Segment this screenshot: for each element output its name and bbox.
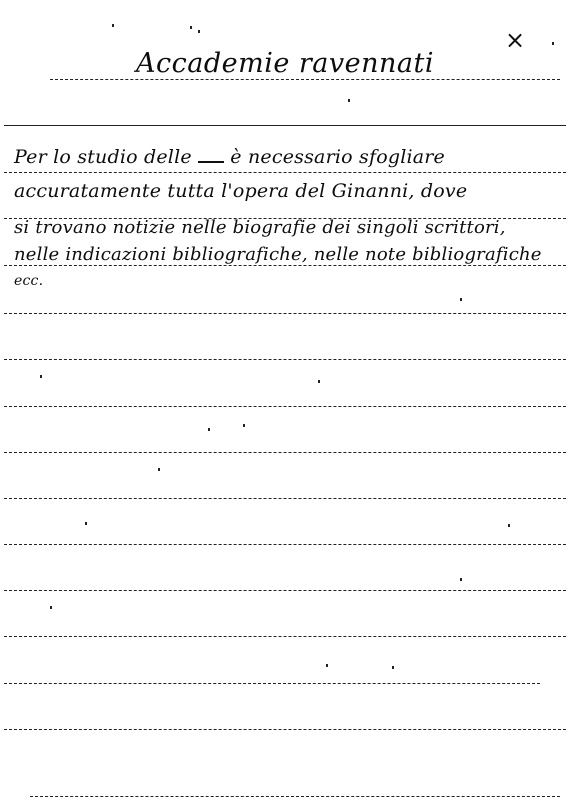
ruled-line — [4, 359, 566, 360]
scan-speck — [243, 424, 245, 427]
scan-speck — [326, 664, 328, 667]
scan-speck — [552, 42, 554, 45]
scan-speck — [508, 524, 510, 527]
body-line-5: ecc. — [14, 273, 43, 289]
ruled-line — [4, 683, 540, 684]
body-line-4: nelle indicazioni bibliografiche, nelle … — [14, 244, 542, 265]
ruled-line — [4, 636, 566, 637]
ruled-line — [4, 544, 566, 545]
scan-speck — [40, 375, 42, 378]
scan-speck — [50, 606, 52, 609]
body-line-1: Per lo studio delle è necessario sfoglia… — [14, 146, 445, 168]
ruled-line — [4, 313, 566, 314]
body-line-1-start: Per lo studio delle — [14, 146, 192, 168]
body-line-3: si trovano notizie nelle biografie dei s… — [14, 217, 506, 238]
page-title: Accademie ravennati — [0, 48, 570, 79]
blank-space — [198, 161, 224, 163]
ruled-line — [50, 79, 560, 80]
ruled-line — [4, 498, 566, 499]
scan-speck — [208, 428, 210, 431]
ruled-line — [4, 265, 566, 266]
scan-speck — [158, 468, 160, 471]
handwritten-page: × Accademie ravennati Per lo studio dell… — [0, 0, 570, 800]
scan-speck — [112, 24, 114, 27]
ruled-line — [4, 406, 566, 407]
scan-speck — [190, 26, 192, 29]
scan-speck — [318, 380, 320, 383]
ruled-line — [30, 796, 560, 797]
scan-speck — [348, 99, 350, 102]
ruled-line — [4, 452, 566, 453]
ruled-line — [4, 125, 566, 126]
body-line-1-end: è necessario sfogliare — [230, 146, 445, 168]
ruled-line — [4, 590, 566, 591]
scan-speck — [198, 30, 200, 33]
body-line-2: accuratamente tutta l'opera del Ginanni,… — [14, 180, 467, 202]
scan-speck — [460, 578, 462, 581]
ruled-line — [4, 729, 566, 730]
scan-speck — [392, 666, 394, 669]
scan-speck — [460, 298, 462, 301]
ruled-line — [4, 172, 566, 173]
scan-speck — [85, 522, 87, 525]
